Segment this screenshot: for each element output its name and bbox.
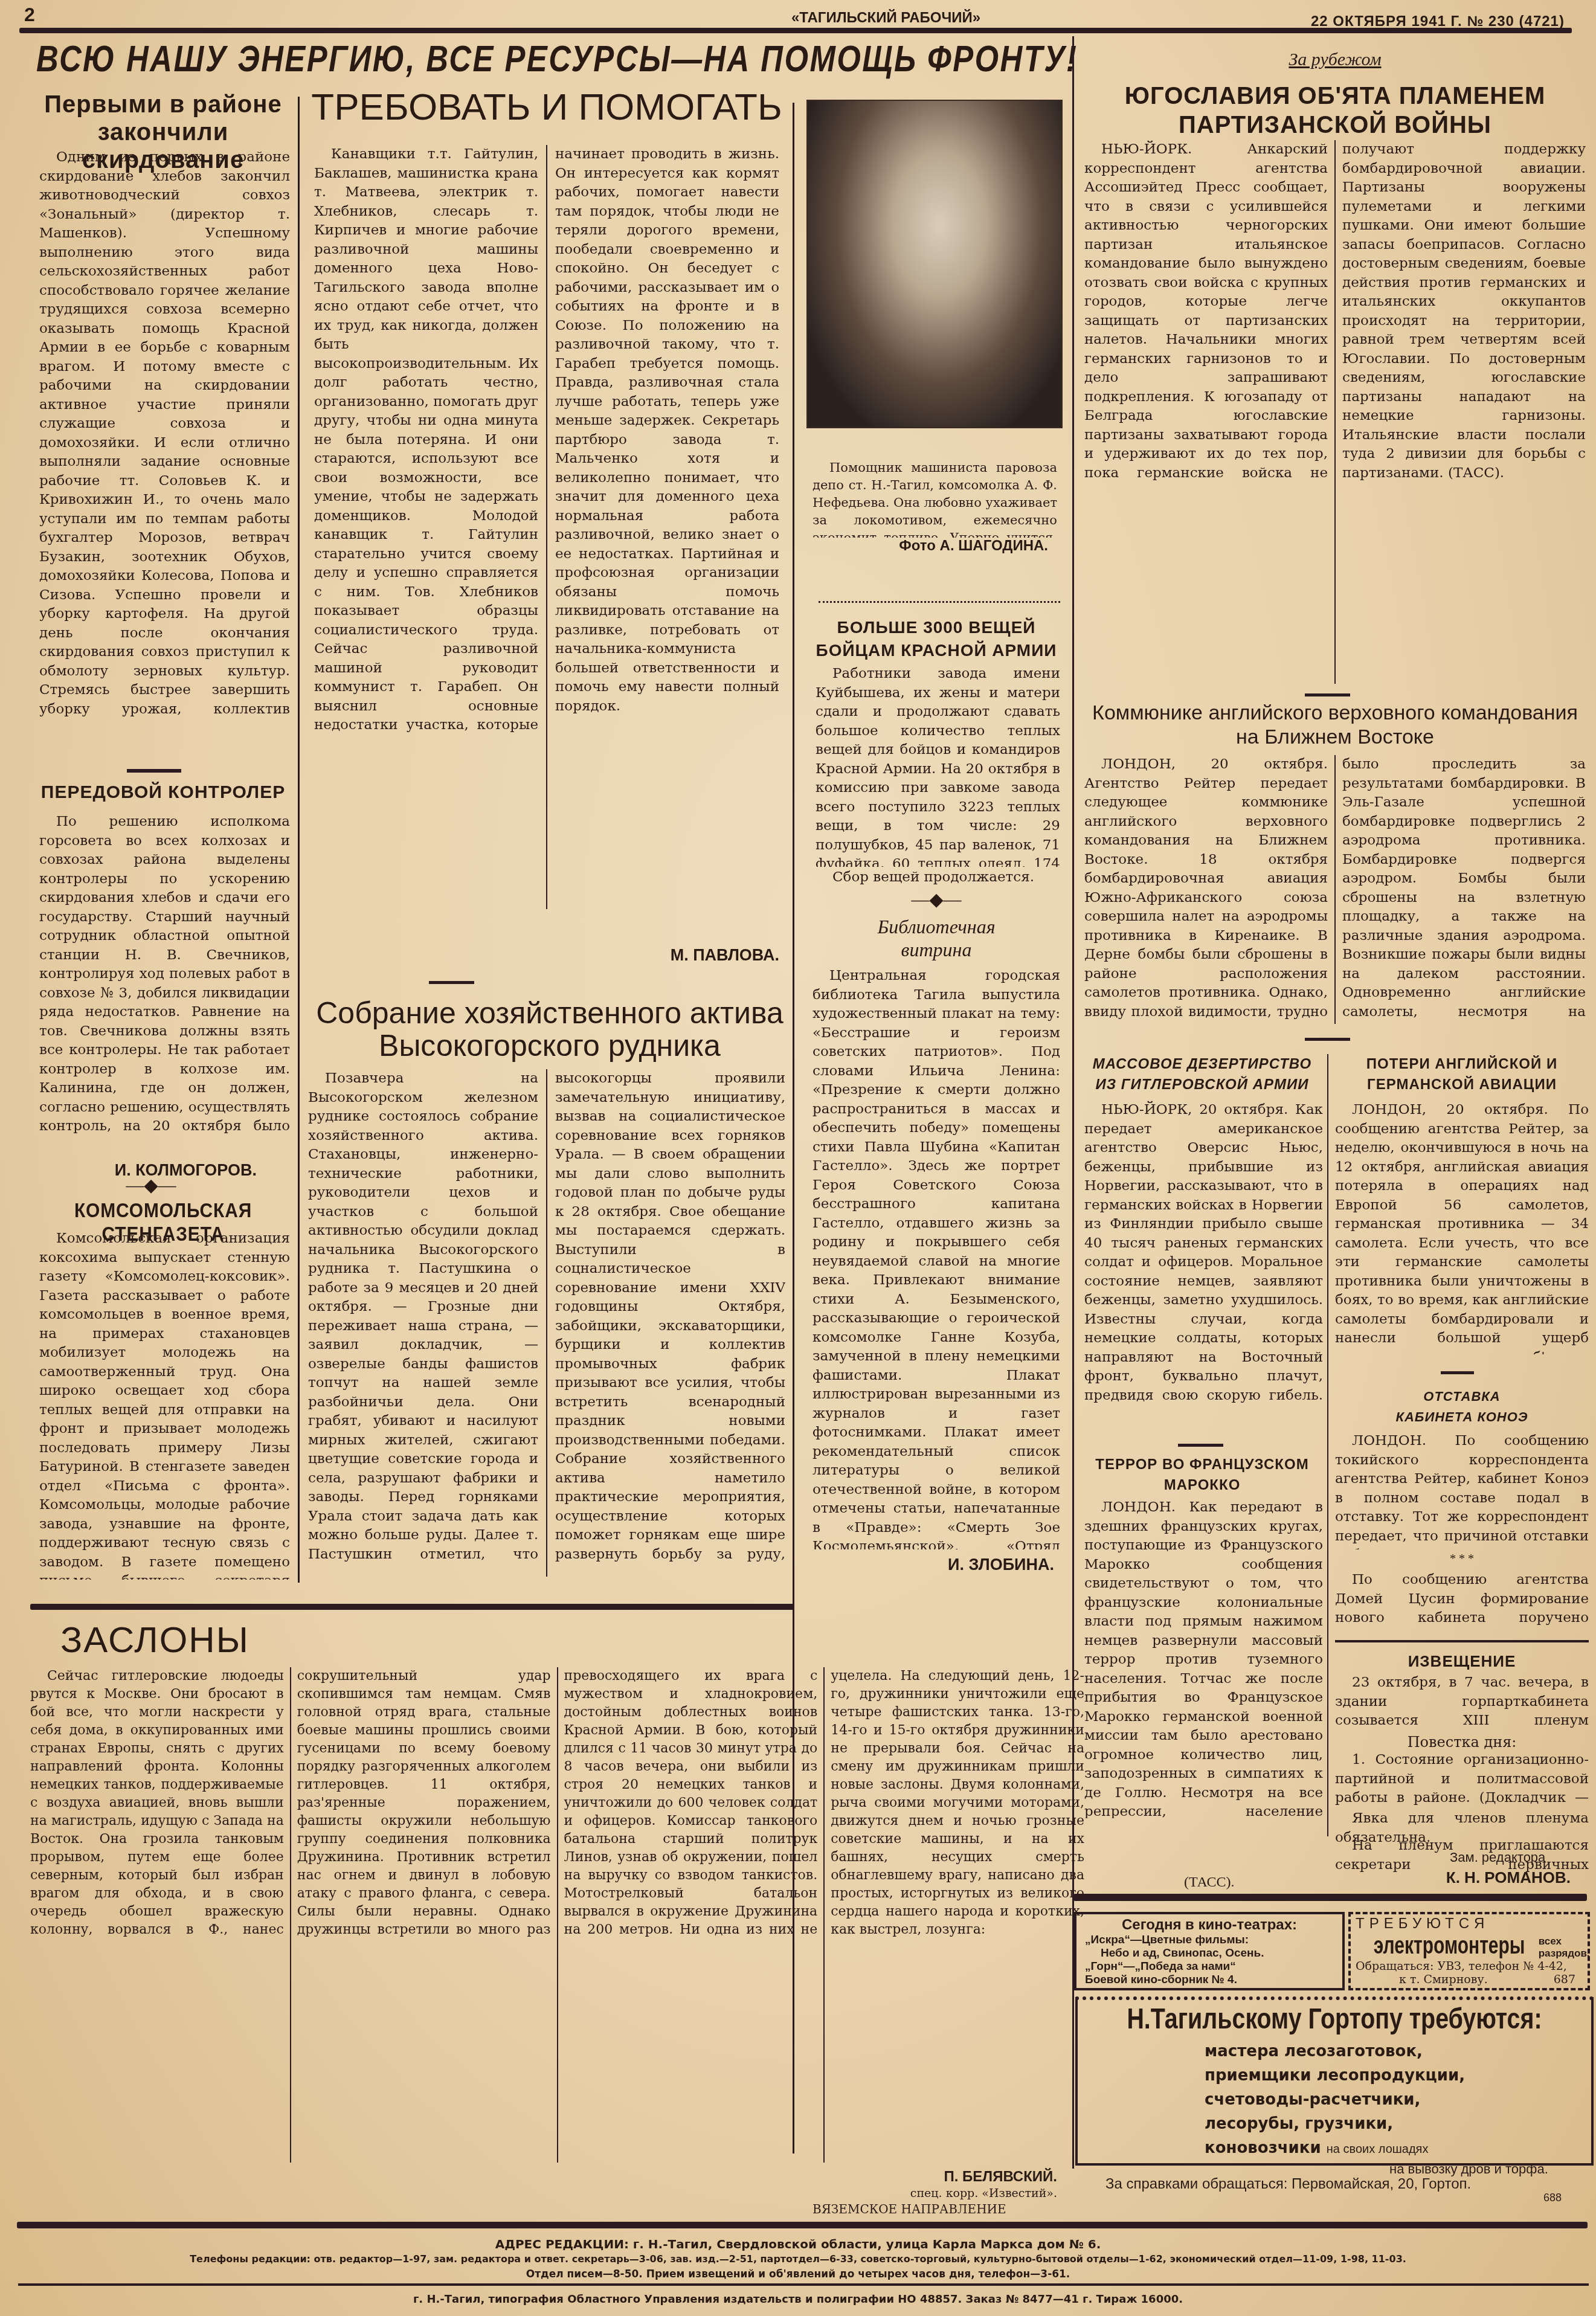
article-title: ОТСТАВКА КАБИНЕТА КОНОЭ [1332,1386,1592,1427]
signature-role: спец. корр. «Известий». [803,2187,1057,2200]
article-title-line: Библиотечная [803,915,1069,938]
article-body: ЛОНДОН. Как передают в здешних французск… [1084,1498,1323,1818]
article-body: НЬЮ-ЙОРК. Анкарский корреспондент агентс… [1084,140,1586,684]
article-signature: (ТАСС). [1184,1874,1235,1891]
article-title-line: МАССОВОЕ ДЕЗЕРТИРСТВО [1081,1054,1323,1075]
article-body: Позавчера на Высокогорском железном рудн… [308,1069,785,1577]
article-title-line: ТЕРРОР ВО ФРАНЦУЗСКОМ [1081,1455,1323,1475]
electricians-ad-qualifier: всех [1539,1935,1590,1948]
column-divider [1327,1054,1328,1836]
notice-title: ИЗВЕЩЕНИЕ [1332,1652,1592,1671]
electricians-ad-title: ТРЕБУЮТСЯ [1351,1916,1588,1932]
gortop-ad-title: Н.Тагильскому Гортопу требуются: [1124,2002,1545,2036]
article-title: Библиотечная витрина [803,915,1069,961]
ornament: —◆— [900,889,973,910]
article-signature: И. ЗЛОБИНА. [812,1555,1054,1574]
electricians-ad-headline: электромонтеры [1374,1932,1525,1960]
article-title-line: БОЛЬШЕ 3000 ВЕЩЕЙ [803,616,1069,639]
portrait-photo [806,100,1063,428]
article-title: МАССОВОЕ ДЕЗЕРТИРСТВО ИЗ ГИТЛЕРОВСКОЙ АР… [1081,1054,1323,1095]
separator [1305,1038,1350,1041]
article-title-line: БОЙЦАМ КРАСНОЙ АРМИИ [803,639,1069,662]
photo-credit: Фото А. ШАГОДИНА. [812,538,1048,555]
article-title-line: КАБИНЕТА КОНОЭ [1332,1407,1592,1427]
gortop-ad-item: лесорубы, грузчики, [1205,2112,1591,2136]
article-body: ЛОНДОН, 20 октября. По сообщению агентст… [1335,1101,1589,1354]
masthead-rule [19,28,1572,33]
article-signature: П. БЕЛЯВСКИЙ. [803,2169,1057,2186]
article-title-line: ОТСТАВКА [1332,1386,1592,1407]
article-title: ТЕРРОР ВО ФРАНЦУЗСКОМ МАРОККО [1081,1455,1323,1496]
separator [1335,1640,1589,1642]
gortop-ad: Н.Тагильскому Гортопу требуются: мастера… [1075,1996,1594,2166]
page-number: 2 [24,4,35,26]
article-title-line: ГЕРМАНСКОЙ АВИАЦИИ [1332,1075,1592,1095]
notice-agenda-title: Повестка дня: [1335,1734,1589,1751]
footer-rule [17,2222,1588,2228]
column-divider [298,97,300,1583]
notice-body: 23 октября, в 7 час. вечера, в здании го… [1335,1673,1589,1731]
gortop-ad-item: коновозчики [1205,2139,1321,2157]
photo-caption: Помощник машиниста паровоза депо ст. Н.-… [812,459,1057,538]
article-body: По решению исполкома горсовета во всех к… [39,812,290,1139]
electricians-ad-contact: к т. Смирнову. [1399,1973,1488,1986]
cinema-ad-line: Боевой кино-сборник № 4. [1076,1973,1342,1987]
article-body: Канавщики т.т. Гайтулин, Баклашев, машин… [314,145,779,909]
article-title-line: ИЗ ГИТЛЕРОВСКОЙ АРМИИ [1081,1075,1323,1095]
article-body: Работники завода имени Куйбышева, их жен… [816,664,1060,867]
article-location: ВЯЗЕМСКОЕ НАПРАВЛЕНИЕ [812,2202,1006,2216]
article-title-line: витрина [803,938,1069,961]
footer-phones: Телефоны редакции: отв. редактор—1-97, з… [0,2253,1596,2265]
article-body: ЛОНДОН. По сообщению токийского корреспо… [1335,1432,1589,1549]
ornament: —◆— [121,1175,181,1196]
section-rule [30,1604,794,1610]
article-title: ЮГОСЛАВИЯ ОБ'ЯТА ПЛАМЕНЕМ ПАРТИЗАНСКОЙ В… [1081,82,1589,140]
article-body: Центральная городская библиотека Тагила … [812,967,1060,1549]
article-title: Собрание хозяйственного актива Высокогор… [302,997,797,1062]
article-title-line: Коммюнике английского верховного командо… [1081,701,1589,725]
separator [1441,1371,1474,1374]
gortop-ad-item-tail: на вывозку дров и торфа. [1389,2161,1548,2177]
gortop-ad-item-tail: на своих лошадях [1327,2143,1429,2156]
separator [1073,1894,1587,1901]
deputy-editor-role: Зам. редактора [1450,1850,1545,1865]
cinema-ad: Сегодня в кино-театрах: „Искра“—Цветные … [1074,1912,1345,1990]
electricians-ad-contact: Обращаться: УВЗ, телефон № 4-42, [1351,1960,1588,1973]
article-title: ТРЕБОВАТЬ И ПОМОГАТЬ [302,86,791,129]
footer-address: АДРЕС РЕДАКЦИИ: г. Н.-Тагил, Свердловско… [0,2237,1596,2251]
article-signature: М. ПАВЛОВА. [544,946,779,965]
footer-rule [18,2283,1589,2286]
article-title: ПЕРЕДОВОЙ КОНТРОЛЕР [36,782,290,803]
stars-separator: * * * [1408,1552,1516,1566]
cinema-ad-line: „Горн“—„Победа за нами“ [1076,1960,1342,1973]
article-title-line: ЮГОСЛАВИЯ ОБ'ЯТА ПЛАМЕНЕМ [1081,82,1589,111]
separator [1178,1444,1223,1447]
notice-agenda-item: 1. Состояние организационно-партийной и … [1335,1751,1589,1808]
gortop-ad-item: приемщики лесопродукции, [1205,2063,1591,2088]
article-closing: Сбор вещей продолжается. [816,868,1060,887]
separator [127,769,181,773]
deputy-editor-name: К. Н. РОМАНОВ. [1389,1868,1571,1887]
article-title-line: на Ближнем Востоке [1081,725,1589,749]
front-slogan: ВСЮ НАШУ ЭНЕРГИЮ, ВСЕ РЕСУРСЫ—НА ПОМОЩЬ … [36,37,606,80]
cinema-ad-title: Сегодня в кино-театрах: [1076,1917,1342,1934]
article-title: ПОТЕРИ АНГЛИЙСКОЙ И ГЕРМАНСКОЙ АВИАЦИИ [1332,1054,1592,1095]
article-title: Коммюнике английского верховного командо… [1081,701,1589,749]
article-title-line: Собрание хозяйственного актива [302,997,797,1029]
article-body: Сейчас гитлеровские людоеды рвутся к Мос… [30,1667,1084,2163]
article-title: ЗАСЛОНЫ [60,1619,249,1661]
article-title-line: ПАРТИЗАНСКОЙ ВОЙНЫ [1081,111,1589,140]
article-body: НЬЮ-ЙОРК, 20 октября. Как передает амери… [1084,1101,1323,1409]
paper-name: «ТАГИЛЬСКИЙ РАБОЧИЙ» [791,10,980,27]
footer-letters: Отдел писем—8-50. Прием извещений и об'я… [0,2268,1596,2280]
article-body: Комсомольская организация коксохима выпу… [39,1229,290,1580]
electricians-ad: ТРЕБУЮТСЯ электромонтеры всех разрядов. … [1348,1912,1590,1990]
footer-printer: г. Н.-Тагил, типография Областного Управ… [0,2293,1596,2306]
gortop-ad-item: счетоводы-расчетчики, [1205,2088,1591,2112]
article-body: По сообщению агентства Домей Цусин форми… [1335,1571,1589,1631]
article-title-line: МАРОККО [1081,1475,1323,1496]
article-body: ЛОНДОН, 20 октября. Агентство Рейтер пер… [1084,755,1586,1024]
ad-code: 688 [1543,2192,1562,2204]
electricians-ad-qualifier: разрядов. [1539,1948,1590,1960]
cinema-ad-line: „Искра“—Цветные фильмы: [1076,1934,1342,1947]
gortop-ad-item: мастера лесозаготовок, [1205,2039,1591,2063]
rubric-abroad: За рубежом [1081,50,1589,70]
article-body: Одним из первых в районе скирдование хле… [39,148,290,722]
article-title-line: ПОТЕРИ АНГЛИЙСКОЙ И [1332,1054,1592,1075]
ad-code: 687 [1554,1973,1575,1986]
gortop-ad-contact: За справками обращаться: Первомайская, 2… [1105,2176,1471,2193]
wavy-separator [819,601,1060,603]
article-title-line: Высокогорского рудника [302,1029,797,1062]
separator [1305,693,1350,696]
separator [429,981,474,984]
cinema-ad-line: Небо и ад, Свинопас, Осень. [1076,1947,1342,1960]
article-title: БОЛЬШЕ 3000 ВЕЩЕЙ БОЙЦАМ КРАСНОЙ АРМИИ [803,616,1069,662]
